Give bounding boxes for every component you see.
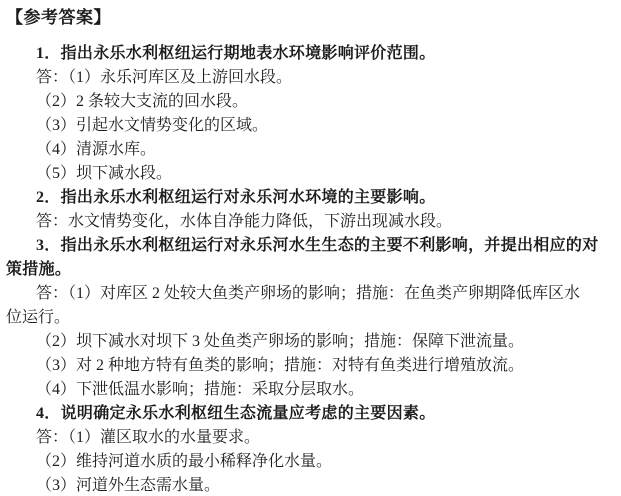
answer-1-line-4: （4）清源水库。	[6, 138, 597, 162]
answer-1-line-1: 答：（1）永乐河库区及上游回水段。	[6, 66, 597, 90]
answer-3-line-2: （2）坝下减水对坝下 3 处鱼类产卵场的影响；措施：保障下泄流量。	[6, 330, 597, 354]
answer-3-line-4: （4）下泄低温水影响；措施：采取分层取水。	[6, 378, 597, 402]
question-4-heading: 4．说明确定永乐水利枢纽生态流量应考虑的主要因素。	[6, 402, 597, 426]
answer-3-line-1: 答：（1）对库区 2 处较大鱼类产卵场的影响；措施：在鱼类产卵期降低库区水	[6, 282, 597, 306]
answer-4-line-3: （3）河道外生态需水量。	[6, 474, 597, 496]
question-3-heading-cont: 策措施。	[6, 258, 597, 282]
answer-4-line-2: （2）维持河道水质的最小稀释净化水量。	[6, 450, 597, 474]
answer-3-line-1-cont: 位运行。	[6, 306, 597, 330]
answer-1-line-3: （3）引起水文情势变化的区域。	[6, 114, 597, 138]
answer-4-line-1: 答：（1）灌区取水的水量要求。	[6, 426, 597, 450]
answer-1-line-2: （2）2 条较大支流的回水段。	[6, 90, 597, 114]
answer-1-line-5: （5）坝下减水段。	[6, 162, 597, 186]
document-page: 【参考答案】 1．指出永乐水利枢纽运行期地表水环境影响评价范围。 答：（1）永乐…	[0, 0, 621, 496]
answer-2-line-1: 答：水文情势变化，水体自净能力降低，下游出现减水段。	[6, 210, 597, 234]
answer-3-line-3: （3）对 2 种地方特有鱼类的影响；措施：对特有鱼类进行增殖放流。	[6, 354, 597, 378]
document-title: 【参考答案】	[6, 7, 597, 29]
question-1-heading: 1．指出永乐水利枢纽运行期地表水环境影响评价范围。	[6, 42, 597, 66]
question-3-heading: 3．指出永乐水利枢纽运行对永乐河水生生态的主要不利影响，并提出相应的对	[6, 234, 597, 258]
question-2-heading: 2．指出永乐水利枢纽运行对永乐河水环境的主要影响。	[6, 186, 597, 210]
